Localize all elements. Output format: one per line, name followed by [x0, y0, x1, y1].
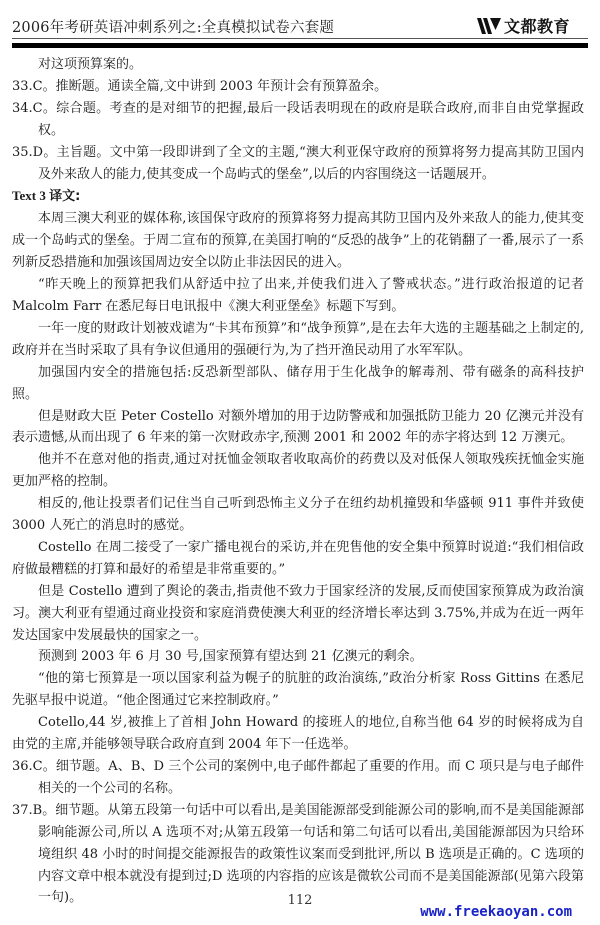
translation-paragraph: 预测到 2003 年 6 月 30 号,国家预算有望达到 21 亿澳元的剩余。	[12, 646, 584, 668]
translation-paragraph: 他并不在意对他的指责,通过对抚恤金领取者收取高价的药费以及对低保人领取残疾抚恤金…	[12, 449, 584, 493]
page-content: 对这项预算案的。 33.C。推断题。通读全篇,文中讲到 2003 年预计会有预算…	[12, 54, 584, 909]
translation-paragraph: 本周三澳大利亚的媒体称,该国保守政府的预算将努力提高其防卫国内及外来敌人的能力,…	[12, 208, 584, 274]
header-rule-thin	[12, 38, 588, 39]
section-heading: Text 3 译文:	[12, 185, 584, 208]
translation-paragraph: Cotello,44 岁,被推上了首相 John Howard 的接班人的地位,…	[12, 712, 584, 756]
publisher-logo: 文都教育	[477, 14, 570, 37]
section-label-en: Text 3	[12, 188, 46, 203]
answer-35: 35.D。主旨题。文中第一段即讲到了全文的主题,“澳大利亚保守政府的预算将努力提…	[12, 142, 584, 186]
answer-33: 33.C。推断题。通读全篇,文中讲到 2003 年预计会有预算盈余。	[12, 76, 584, 98]
logo-text: 文都教育	[504, 14, 570, 37]
website-watermark-link[interactable]: www.freekaoyan.com	[420, 904, 572, 920]
section-label-cn: 译文:	[49, 189, 80, 204]
translation-paragraph: “他的第七预算是一项以国家利益为幌子的肮脏的政治演练,”政治分析家 Ross G…	[12, 668, 584, 712]
page-header: 2006年考研英语冲刺系列之:全真模拟试卷六套题 文都教育	[12, 12, 588, 36]
answer-36: 36.C。细节题。A、B、D 三个公司的案例中,电子邮件都起了重要的作用。而 C…	[12, 756, 584, 800]
wendu-w-logo-icon	[477, 18, 501, 34]
header-rule-thick	[12, 43, 588, 48]
translation-paragraph: 但是 Costello 遭到了舆论的袭击,指责他不致力于国家经济的发展,反而使国…	[12, 581, 584, 647]
translation-paragraph: 一年一度的财政计划被戏谑为“卡其布预算”和“战争预算”,是在去年大选的主题基础之…	[12, 318, 584, 362]
answer-34: 34.C。综合题。考查的是对细节的把握,最后一段话表明现在的政府是联合政府,而非…	[12, 98, 584, 142]
continued-text: 对这项预算案的。	[12, 54, 584, 76]
document-title: 2006年考研英语冲刺系列之:全真模拟试卷六套题	[12, 16, 334, 37]
translation-paragraph: 相反的,他让投票者们记住当自己听到恐怖主义分子在纽约劫机撞毁和华盛顿 911 事…	[12, 493, 584, 537]
translation-paragraph: 但是财政大臣 Peter Costello 对额外增加的用于边防警戒和加强抵防卫…	[12, 406, 584, 450]
translation-paragraph: “昨天晚上的预算把我们从舒适中拉了出来,并使我们进入了警戒状态。”进行政治报道的…	[12, 274, 584, 318]
translation-paragraph: Costello 在周二接受了一家广播电视台的采访,并在兜售他的安全集中预算时说…	[12, 537, 584, 581]
translation-paragraph: 加强国内安全的措施包括:反恐新型部队、储存用于生化战争的解毒剂、带有磁条的高科技…	[12, 362, 584, 406]
